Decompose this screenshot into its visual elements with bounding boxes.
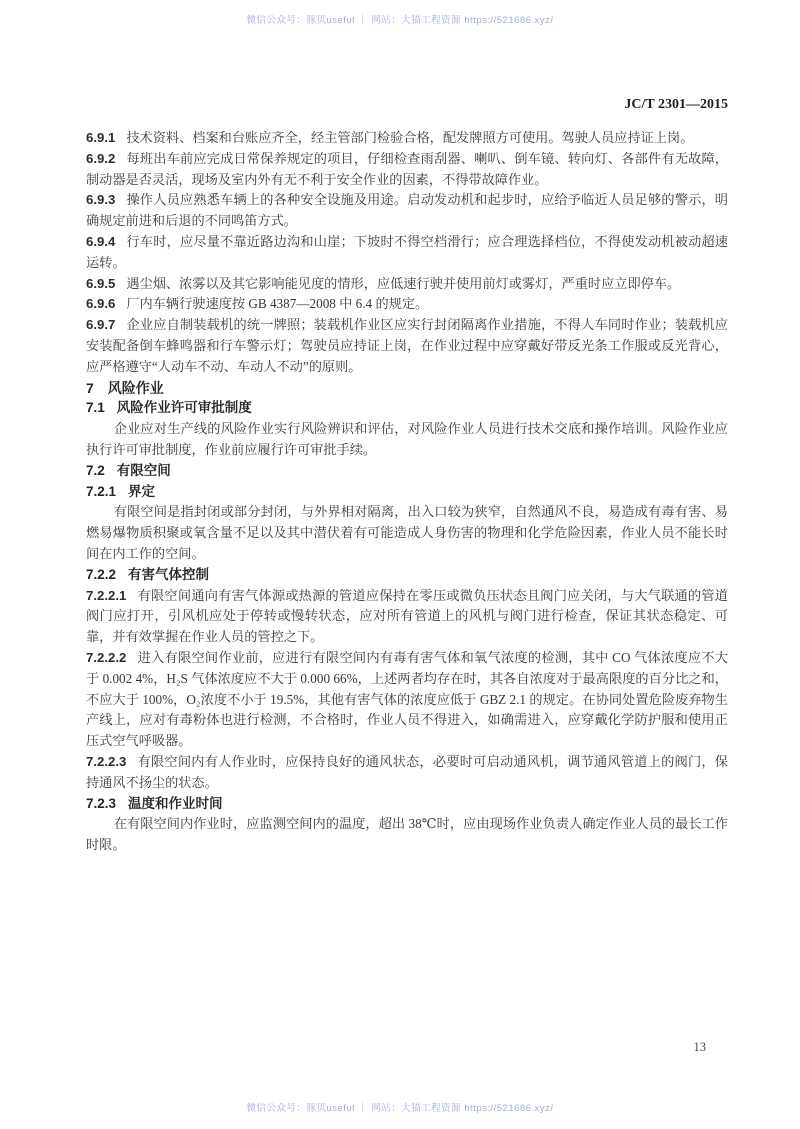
clause-text: 每班出车前应完成日常保养规定的项目，仔细检查雨刮器、喇叭、倒车镜、转向灯、各部件… — [86, 151, 728, 187]
clause-6.9.3: 6.9.3操作人员应熟悉车辆上的各种安全设施及用途。启动发动机和起步时，应给予临… — [86, 190, 728, 232]
section-number: 7.2.1 — [86, 484, 116, 499]
clause-6.9.5: 6.9.5遇尘烟、浓雾以及其它影响能见度的情形，应低速行驶并使用前灯或雾灯，严重… — [86, 274, 728, 295]
document-body: 6.9.1技术资料、档案和台账应齐全，经主管部门检验合格，配发牌照方可使用。驾驶… — [86, 128, 728, 856]
paragraph-7.2.3: 在有限空间内作业时，应监测空间内的温度，超出 38℃时，应由现场作业负责人确定作… — [86, 814, 728, 856]
section-number: 7.1 — [86, 400, 105, 415]
clause-number: 6.9.4 — [86, 234, 115, 249]
clause-text: 遇尘烟、浓雾以及其它影响能见度的情形，应低速行驶并使用前灯或雾灯，严重时应立即停… — [126, 276, 680, 291]
clause-text: 厂内车辆行驶速度按 GB 4387—2008 中 6.4 的规定。 — [126, 296, 428, 311]
clause-6.9.4: 6.9.4行车时，应尽量不靠近路边沟和山崖；下坡时不得空档滑行；应合理选择档位，… — [86, 232, 728, 274]
clause-6.9.6: 6.9.6厂内车辆行驶速度按 GB 4387—2008 中 6.4 的规定。 — [86, 294, 728, 315]
section-heading-7.2: 7.2有限空间 — [86, 461, 728, 482]
page-number: 13 — [86, 1040, 706, 1055]
clause-text: 进入有限空间作业前，应进行有限空间内有毒有害气体和氧气浓度的检测，其中 CO 气… — [86, 650, 728, 748]
document-page: 微信公众号：豚贝useful ｜ 网站：大猫工程资源 https://52168… — [0, 0, 800, 1129]
section-heading-7.2.3: 7.2.3温度和作业时间 — [86, 794, 728, 815]
clause-number: 6.9.3 — [86, 192, 115, 207]
paragraph-7.2.1: 有限空间是指封闭或部分封闭，与外界相对隔离，出入口较为狭窄，自然通风不良，易造成… — [86, 502, 728, 564]
watermark-top: 微信公众号：豚贝useful ｜ 网站：大猫工程资源 https://52168… — [0, 12, 800, 26]
clause-text: 技术资料、档案和台账应齐全，经主管部门检验合格，配发牌照方可使用。驾驶人员应持证… — [126, 130, 693, 145]
clause-6.9.1: 6.9.1技术资料、档案和台账应齐全，经主管部门检验合格，配发牌照方可使用。驾驶… — [86, 128, 728, 149]
section-heading-7.1: 7.1风险作业许可审批制度 — [86, 398, 728, 419]
section-number: 7.2.2 — [86, 567, 116, 582]
clause-text: 有限空间内有人作业时，应保持良好的通风状态，必要时可启动通风机，调节通风管道上的… — [86, 754, 728, 790]
clause-number: 7.2.2.2 — [86, 650, 126, 665]
clause-number: 6.9.5 — [86, 276, 115, 291]
standard-number-header: JC/T 2301—2015 — [86, 97, 728, 113]
chapter-title: 风险作业 — [108, 380, 164, 396]
section-heading-7.2.2: 7.2.2有害气体控制 — [86, 565, 728, 586]
clause-6.9.7: 6.9.7企业应自制装载机的统一牌照；装载机作业区应实行封闭隔离作业措施，不得人… — [86, 315, 728, 377]
clause-6.9.2: 6.9.2每班出车前应完成日常保养规定的项目，仔细检查雨刮器、喇叭、倒车镜、转向… — [86, 149, 728, 191]
clause-7.2.2.3: 7.2.2.3有限空间内有人作业时，应保持良好的通风状态，必要时可启动通风机，调… — [86, 752, 728, 794]
clause-number: 6.9.1 — [86, 130, 115, 145]
clause-7.2.2.1: 7.2.2.1有限空间通向有害气体源或热源的管道应保持在零压或微负压状态且阀门应… — [86, 586, 728, 648]
clause-number: 7.2.2.1 — [86, 588, 126, 603]
section-title: 有害气体控制 — [128, 567, 209, 582]
section-heading-7.2.1: 7.2.1界定 — [86, 482, 728, 503]
paragraph-7.1: 企业应对生产线的风险作业实行风险辨识和评估，对风险作业人员进行技术交底和操作培训… — [86, 419, 728, 461]
clause-text: 行车时，应尽量不靠近路边沟和山崖；下坡时不得空档滑行；应合理选择档位，不得使发动… — [86, 234, 728, 270]
clause-text: 企业应自制装载机的统一牌照；装载机作业区应实行封闭隔离作业措施，不得人车同时作业… — [86, 317, 728, 374]
clause-number: 7.2.2.3 — [86, 754, 126, 769]
watermark-bottom: 微信公众号：豚贝useful ｜ 网站：大猫工程资源 https://52168… — [0, 1100, 800, 1114]
section-title: 有限空间 — [117, 463, 171, 478]
clause-text: 有限空间通向有害气体源或热源的管道应保持在零压或微负压状态且阀门应关闭，与大气联… — [86, 588, 728, 645]
section-title: 风险作业许可审批制度 — [117, 400, 252, 415]
clause-number: 6.9.6 — [86, 296, 115, 311]
section-number: 7.2 — [86, 463, 105, 478]
chapter-heading-7: 7风险作业 — [86, 378, 728, 399]
clause-7.2.2.2: 7.2.2.2进入有限空间作业前，应进行有限空间内有毒有害气体和氧气浓度的检测，… — [86, 648, 728, 752]
clause-number: 6.9.7 — [86, 317, 115, 332]
clause-number: 6.9.2 — [86, 151, 115, 166]
section-number: 7.2.3 — [86, 796, 116, 811]
section-title: 温度和作业时间 — [128, 796, 223, 811]
chapter-number: 7 — [86, 380, 94, 396]
clause-text: 操作人员应熟悉车辆上的各种安全设施及用途。启动发动机和起步时，应给予临近人员足够… — [86, 192, 728, 228]
section-title: 界定 — [128, 484, 155, 499]
